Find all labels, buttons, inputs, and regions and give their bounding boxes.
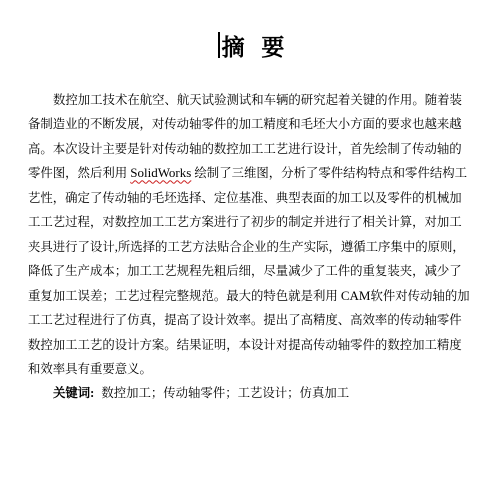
abstract-line: 数控加工技术在航空、航天试验测试和车辆的研究起着关键的作用。随着装	[28, 88, 460, 112]
abstract-line: 工工艺过程进行了仿真，提高了设计效率。提出了高精度、高效率的传动轴零件	[28, 308, 460, 332]
cam-text: CAM	[341, 288, 371, 303]
abstract-body[interactable]: 数控加工技术在航空、航天试验测试和车辆的研究起着关键的作用。随着装 备制造业的不…	[28, 88, 460, 406]
abstract-line: 和效率具有重要意义。	[28, 357, 460, 381]
abstract-line: 艺性，确定了传动轴的毛坯选择、定位基准、典型表面的加工以及零件的机械加	[28, 186, 460, 210]
abstract-line-text: 零件图，然后利用	[28, 166, 130, 180]
abstract-line: 备制造业的不断发展，对传动轴零件的加工精度和毛坯大小方面的要求也越来越	[28, 112, 460, 136]
keywords-label: 关键词:	[53, 386, 94, 400]
document-page[interactable]: 摘 要 数控加工技术在航空、航天试验测试和车辆的研究起着关键的作用。随着装 备制…	[0, 0, 503, 482]
abstract-line-text: 重复加工误差；工艺过程完整规范。最大的特色就是利用	[28, 289, 341, 303]
abstract-line-text: 软件对传动轴的加	[371, 289, 470, 303]
abstract-line-text: 绘制了三维图，分析了零件结构特点和零件结构工	[191, 166, 467, 180]
abstract-line: 夹具进行了设计,所选择的工艺方法贴合企业的生产实际，遵循工序集中的原则，	[28, 235, 460, 259]
abstract-line: 工工艺过程，对数控加工工艺方案进行了初步的制定并进行了相关计算，对加工	[28, 210, 460, 234]
abstract-line: 零件图，然后利用 SolidWorks 绘制了三维图，分析了零件结构特点和零件结…	[28, 161, 460, 185]
abstract-line: 重复加工误差；工艺过程完整规范。最大的特色就是利用 CAM软件对传动轴的加	[28, 284, 460, 308]
solidworks-text-misspelling: SolidWorks	[130, 165, 191, 180]
abstract-line: 数控加工工艺的设计方案。结果证明，本设计对提高传动轴零件的数控加工精度	[28, 333, 460, 357]
abstract-title: 摘 要	[222, 29, 286, 62]
keywords-line: 关键词:数控加工；传动轴零件；工艺设计；仿真加工	[28, 381, 460, 405]
abstract-line: 降低了生产成本；加工工艺规程先粗后细，尽量减少了工件的重复装夹，减少了	[28, 259, 460, 283]
text-cursor	[218, 32, 220, 58]
keywords-text: 数控加工；传动轴零件；工艺设计；仿真加工	[101, 386, 349, 400]
abstract-line: 高。本次设计主要是针对传动轴的数控加工工艺进行设计，首先绘制了传动轴的	[28, 137, 460, 161]
abstract-title-row: 摘 要	[0, 30, 503, 60]
